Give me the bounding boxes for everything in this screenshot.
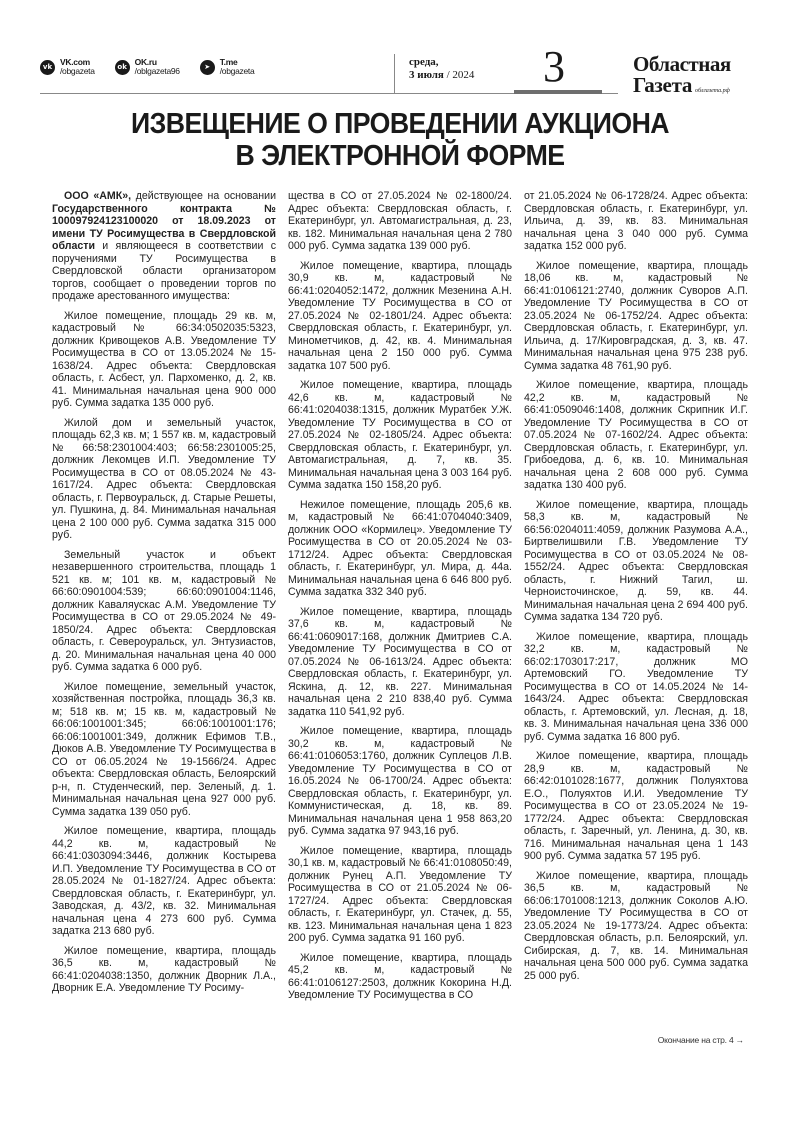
lot-item: Нежилое помещение, площадь 205,6 кв. м, … [288,499,512,599]
social-ok-handle: /oblgazeta96 [135,66,180,76]
weekday: среда, [409,56,474,69]
newspaper-logo: Областная Газетаоблгазета.рф [633,54,731,97]
page-number: 3 [514,44,594,90]
lot-item: Жилое помещение, квартира, площадь 44,2 … [52,825,276,938]
logo-site: облгазета.рф [695,88,730,94]
header-separator [394,54,395,94]
column-2: щества в СО от 27.05.2024 № 02-1800/24. … [288,190,512,1009]
date-day-month: 3 июля [409,69,444,81]
masthead: vk VK.com/obgazeta ok OK.ru/oblgazeta96 … [0,0,800,100]
vk-icon: vk [40,60,55,75]
page-title: ИЗВЕЩЕНИЕ О ПРОВЕДЕНИИ АУКЦИОНА В ЭЛЕКТР… [32,108,768,172]
lot-item: Жилое помещение, квартира, площадь 58,3 … [524,499,748,624]
lot-item: Жилое помещение, квартира, площадь 30,9 … [288,260,512,373]
logo-line1: Областная [633,54,731,74]
social-ok[interactable]: ok OK.ru/oblgazeta96 [115,58,180,76]
date-year: / 2024 [444,69,475,81]
social-vk-handle: /obgazeta [60,66,95,76]
lot-item: Жилое помещение, квартира, площадь 30,2 … [288,725,512,838]
lot-item: Жилое помещение, земельный участок, хозя… [52,681,276,819]
lot-item: Жилое помещение, квартира, площадь 42,6 … [288,379,512,492]
lot-item-part: Жилое помещение, квартира, площадь 45,2 … [288,952,512,1002]
intro-paragraph: ООО «АМК», действующее на основании Госу… [52,190,276,303]
lot-item: Жилое помещение, квартира, площадь 18,06… [524,260,748,373]
article-body: ООО «АМК», действующее на основании Госу… [52,190,748,1009]
continued-on-page-link[interactable]: Окончание на стр. 4 → [658,1035,744,1045]
lot-item: Жилое помещение, площадь 29 кв. м, кадас… [52,310,276,410]
lot-item: Жилое помещение, квартира, площадь 32,2 … [524,631,748,744]
lot-item: Жилое помещение, квартира, площадь 36,5 … [524,870,748,983]
telegram-icon: ➤ [200,60,215,75]
column-1: ООО «АМК», действующее на основании Госу… [52,190,276,1009]
column-3: от 21.05.2024 № 06-1728/24. Адрес объект… [524,190,748,1009]
lot-item: Жилое помещение, квартира, площадь 37,6 … [288,606,512,719]
lot-item: Жилое помещение, квартира, площадь 28,9 … [524,750,748,863]
logo-line2: Газета [633,73,692,97]
title-line2: В ЭЛЕКТРОННОЙ ФОРМЕ [32,140,768,172]
page-number-bar [514,90,602,94]
social-telegram-handle: /obgazeta [220,66,255,76]
social-links: vk VK.com/obgazeta ok OK.ru/oblgazeta96 … [40,58,254,76]
lot-item: Жилое помещение, квартира, площадь 42,2 … [524,379,748,492]
lot-item-part: Жилое помещение, квартира, площадь 36,5 … [52,945,276,995]
header-rule [40,93,396,94]
issue-date: среда, 3 июля / 2024 [409,56,474,82]
lot-item: Земельный участок и объект незавершенног… [52,549,276,674]
organizer-name: ООО «АМК», [64,190,131,202]
social-telegram[interactable]: ➤ T.me/obgazeta [200,58,255,76]
ok-icon: ok [115,60,130,75]
lot-item: Жилое помещение, квартира, площадь 30,1 … [288,845,512,945]
lot-item-continued: щества в СО от 27.05.2024 № 02-1800/24. … [288,190,512,253]
lot-item-continued: от 21.05.2024 № 06-1728/24. Адрес объект… [524,190,748,253]
social-vk[interactable]: vk VK.com/obgazeta [40,58,95,76]
lot-item: Жилой дом и земельный участок, площадь 6… [52,417,276,542]
title-line1: ИЗВЕЩЕНИЕ О ПРОВЕДЕНИИ АУКЦИОНА [32,108,768,140]
